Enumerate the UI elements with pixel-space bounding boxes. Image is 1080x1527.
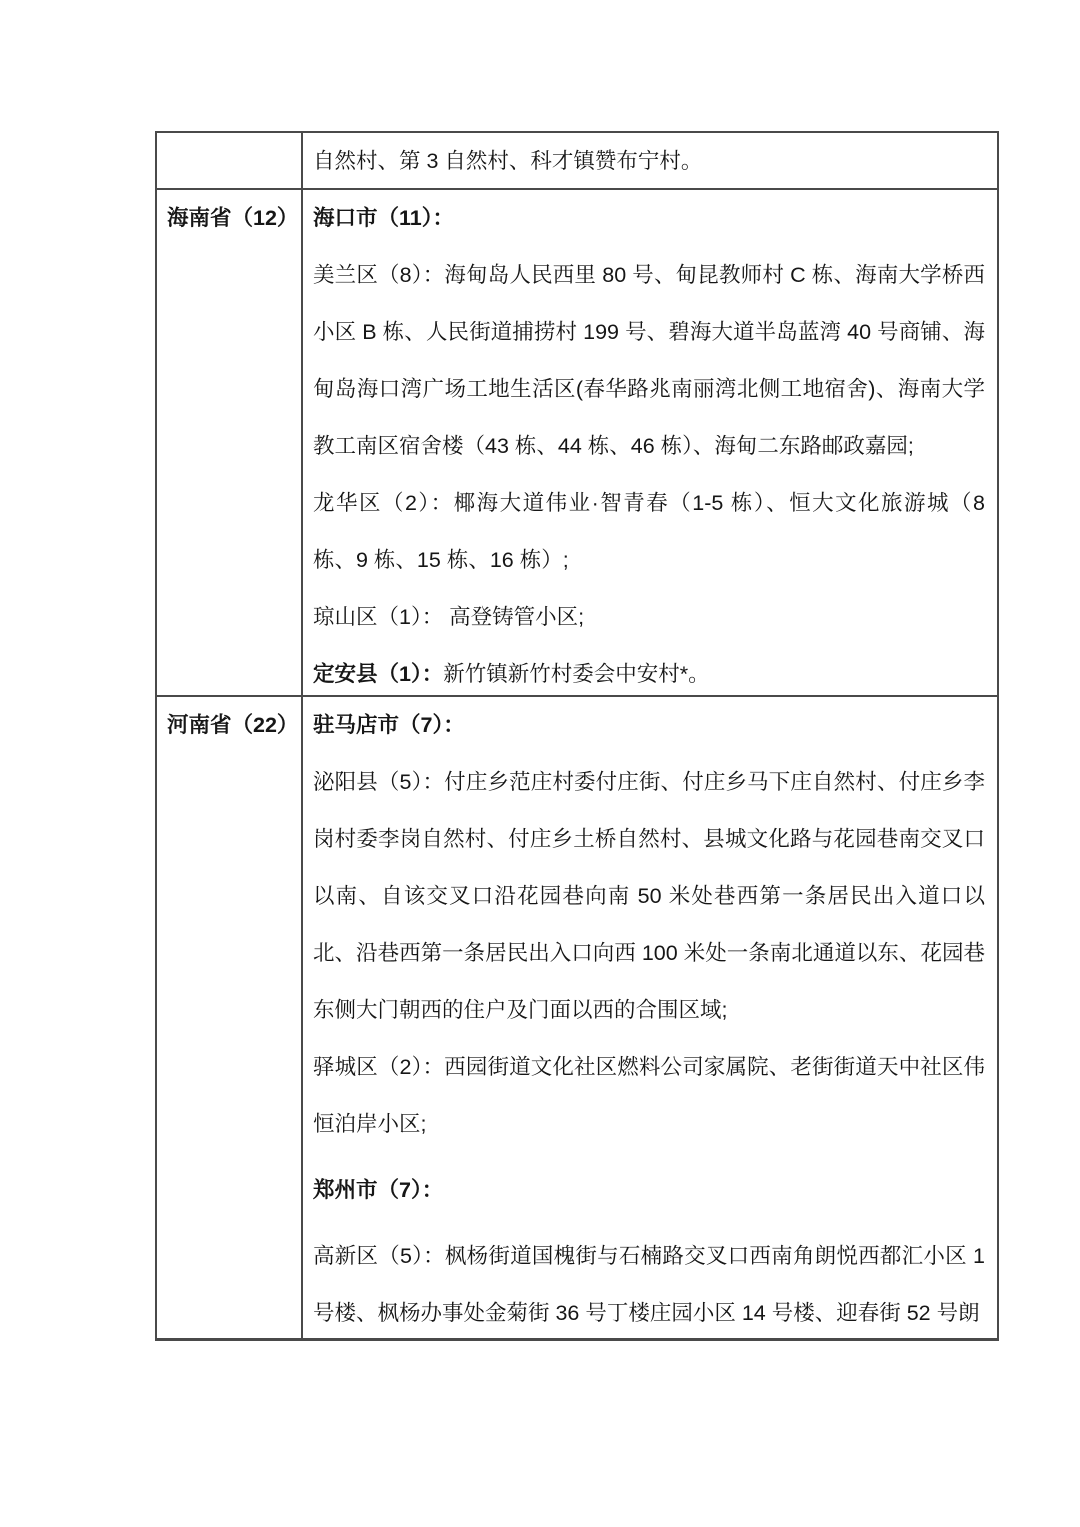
district-detail-text: 新竹镇新竹村委会中安村*。: [443, 662, 709, 686]
detail-paragraph: 高新区（5）：枫杨街道国槐街与石楠路交叉口西南角朗悦西都汇小区 1 号楼、枫杨办…: [313, 1228, 985, 1338]
details-cell: 海口市（11）： 美兰区（8）：海甸岛人民西里 80 号、甸昆教师村 C 栋、海…: [303, 190, 997, 695]
detail-paragraph: 琼山区（1）： 高登铸管小区;: [313, 589, 985, 646]
district-detail-text: 自然村、第 3 自然村、科才镇赞布宁村。: [313, 149, 702, 173]
city-bold-label: 海口市（11）：: [313, 206, 454, 230]
risk-area-table: 自然村、第 3 自然村、科才镇赞布宁村。 海南省（12） 海口市（11）： 美兰…: [155, 131, 999, 1341]
city-bold-label: 驻马店市（7）：: [313, 713, 465, 737]
detail-paragraph: 泌阳县（5）：付庄乡范庄村委付庄街、付庄乡马下庄自然村、付庄乡李岗村委李岗自然村…: [313, 754, 985, 1039]
province-label: 河南省（22）: [167, 713, 298, 737]
city-heading: 郑州市（7）：: [313, 1162, 985, 1219]
table-row: 海南省（12） 海口市（11）： 美兰区（8）：海甸岛人民西里 80 号、甸昆教…: [157, 188, 997, 695]
detail-paragraph: 定安县（1）：新竹镇新竹村委会中安村*。: [313, 646, 985, 695]
details-cell: 自然村、第 3 自然村、科才镇赞布宁村。: [303, 133, 997, 188]
district-bold-label: 定安县（1）：: [313, 662, 443, 686]
detail-paragraph: 自然村、第 3 自然村、科才镇赞布宁村。: [313, 133, 985, 188]
detail-paragraph: 龙华区（2）：椰海大道伟业·智青春（1-5 栋）、恒大文化旅游城（8 栋、9 栋…: [313, 475, 985, 589]
district-detail-text: 高新区（5）：枫杨街道国槐街与石楠路交叉口西南角朗悦西都汇小区 1 号楼、枫杨办…: [313, 1244, 985, 1325]
district-detail-text: 泌阳县（5）：付庄乡范庄村委付庄街、付庄乡马下庄自然村、付庄乡李岗村委李岗自然村…: [313, 770, 985, 1022]
province-cell: 海南省（12）: [157, 190, 303, 695]
district-detail-text: 美兰区（8）：海甸岛人民西里 80 号、甸昆教师村 C 栋、海南大学桥西小区 B…: [313, 263, 985, 458]
table-row: 河南省（22） 驻马店市（7）： 泌阳县（5）：付庄乡范庄村委付庄街、付庄乡马下…: [157, 695, 997, 1338]
district-detail-text: 琼山区（1）： 高登铸管小区;: [313, 605, 584, 629]
province-cell: [157, 133, 303, 188]
detail-paragraph: 驿城区（2）：西园街道文化社区燃料公司家属院、老街街道天中社区伟恒泊岸小区;: [313, 1039, 985, 1153]
province-cell: 河南省（22）: [157, 697, 303, 1338]
details-cell: 驻马店市（7）： 泌阳县（5）：付庄乡范庄村委付庄街、付庄乡马下庄自然村、付庄乡…: [303, 697, 997, 1338]
district-detail-text: 驿城区（2）：西园街道文化社区燃料公司家属院、老街街道天中社区伟恒泊岸小区;: [313, 1055, 985, 1136]
city-bold-label: 郑州市（7）：: [313, 1178, 443, 1202]
table-row: 自然村、第 3 自然村、科才镇赞布宁村。: [157, 133, 997, 188]
district-detail-text: 龙华区（2）：椰海大道伟业·智青春（1-5 栋）、恒大文化旅游城（8 栋、9 栋…: [313, 491, 985, 572]
city-heading: 驻马店市（7）：: [313, 697, 985, 754]
province-label: 海南省（12）: [167, 206, 298, 230]
detail-paragraph: 美兰区（8）：海甸岛人民西里 80 号、甸昆教师村 C 栋、海南大学桥西小区 B…: [313, 247, 985, 475]
city-heading: 海口市（11）：: [313, 190, 985, 247]
